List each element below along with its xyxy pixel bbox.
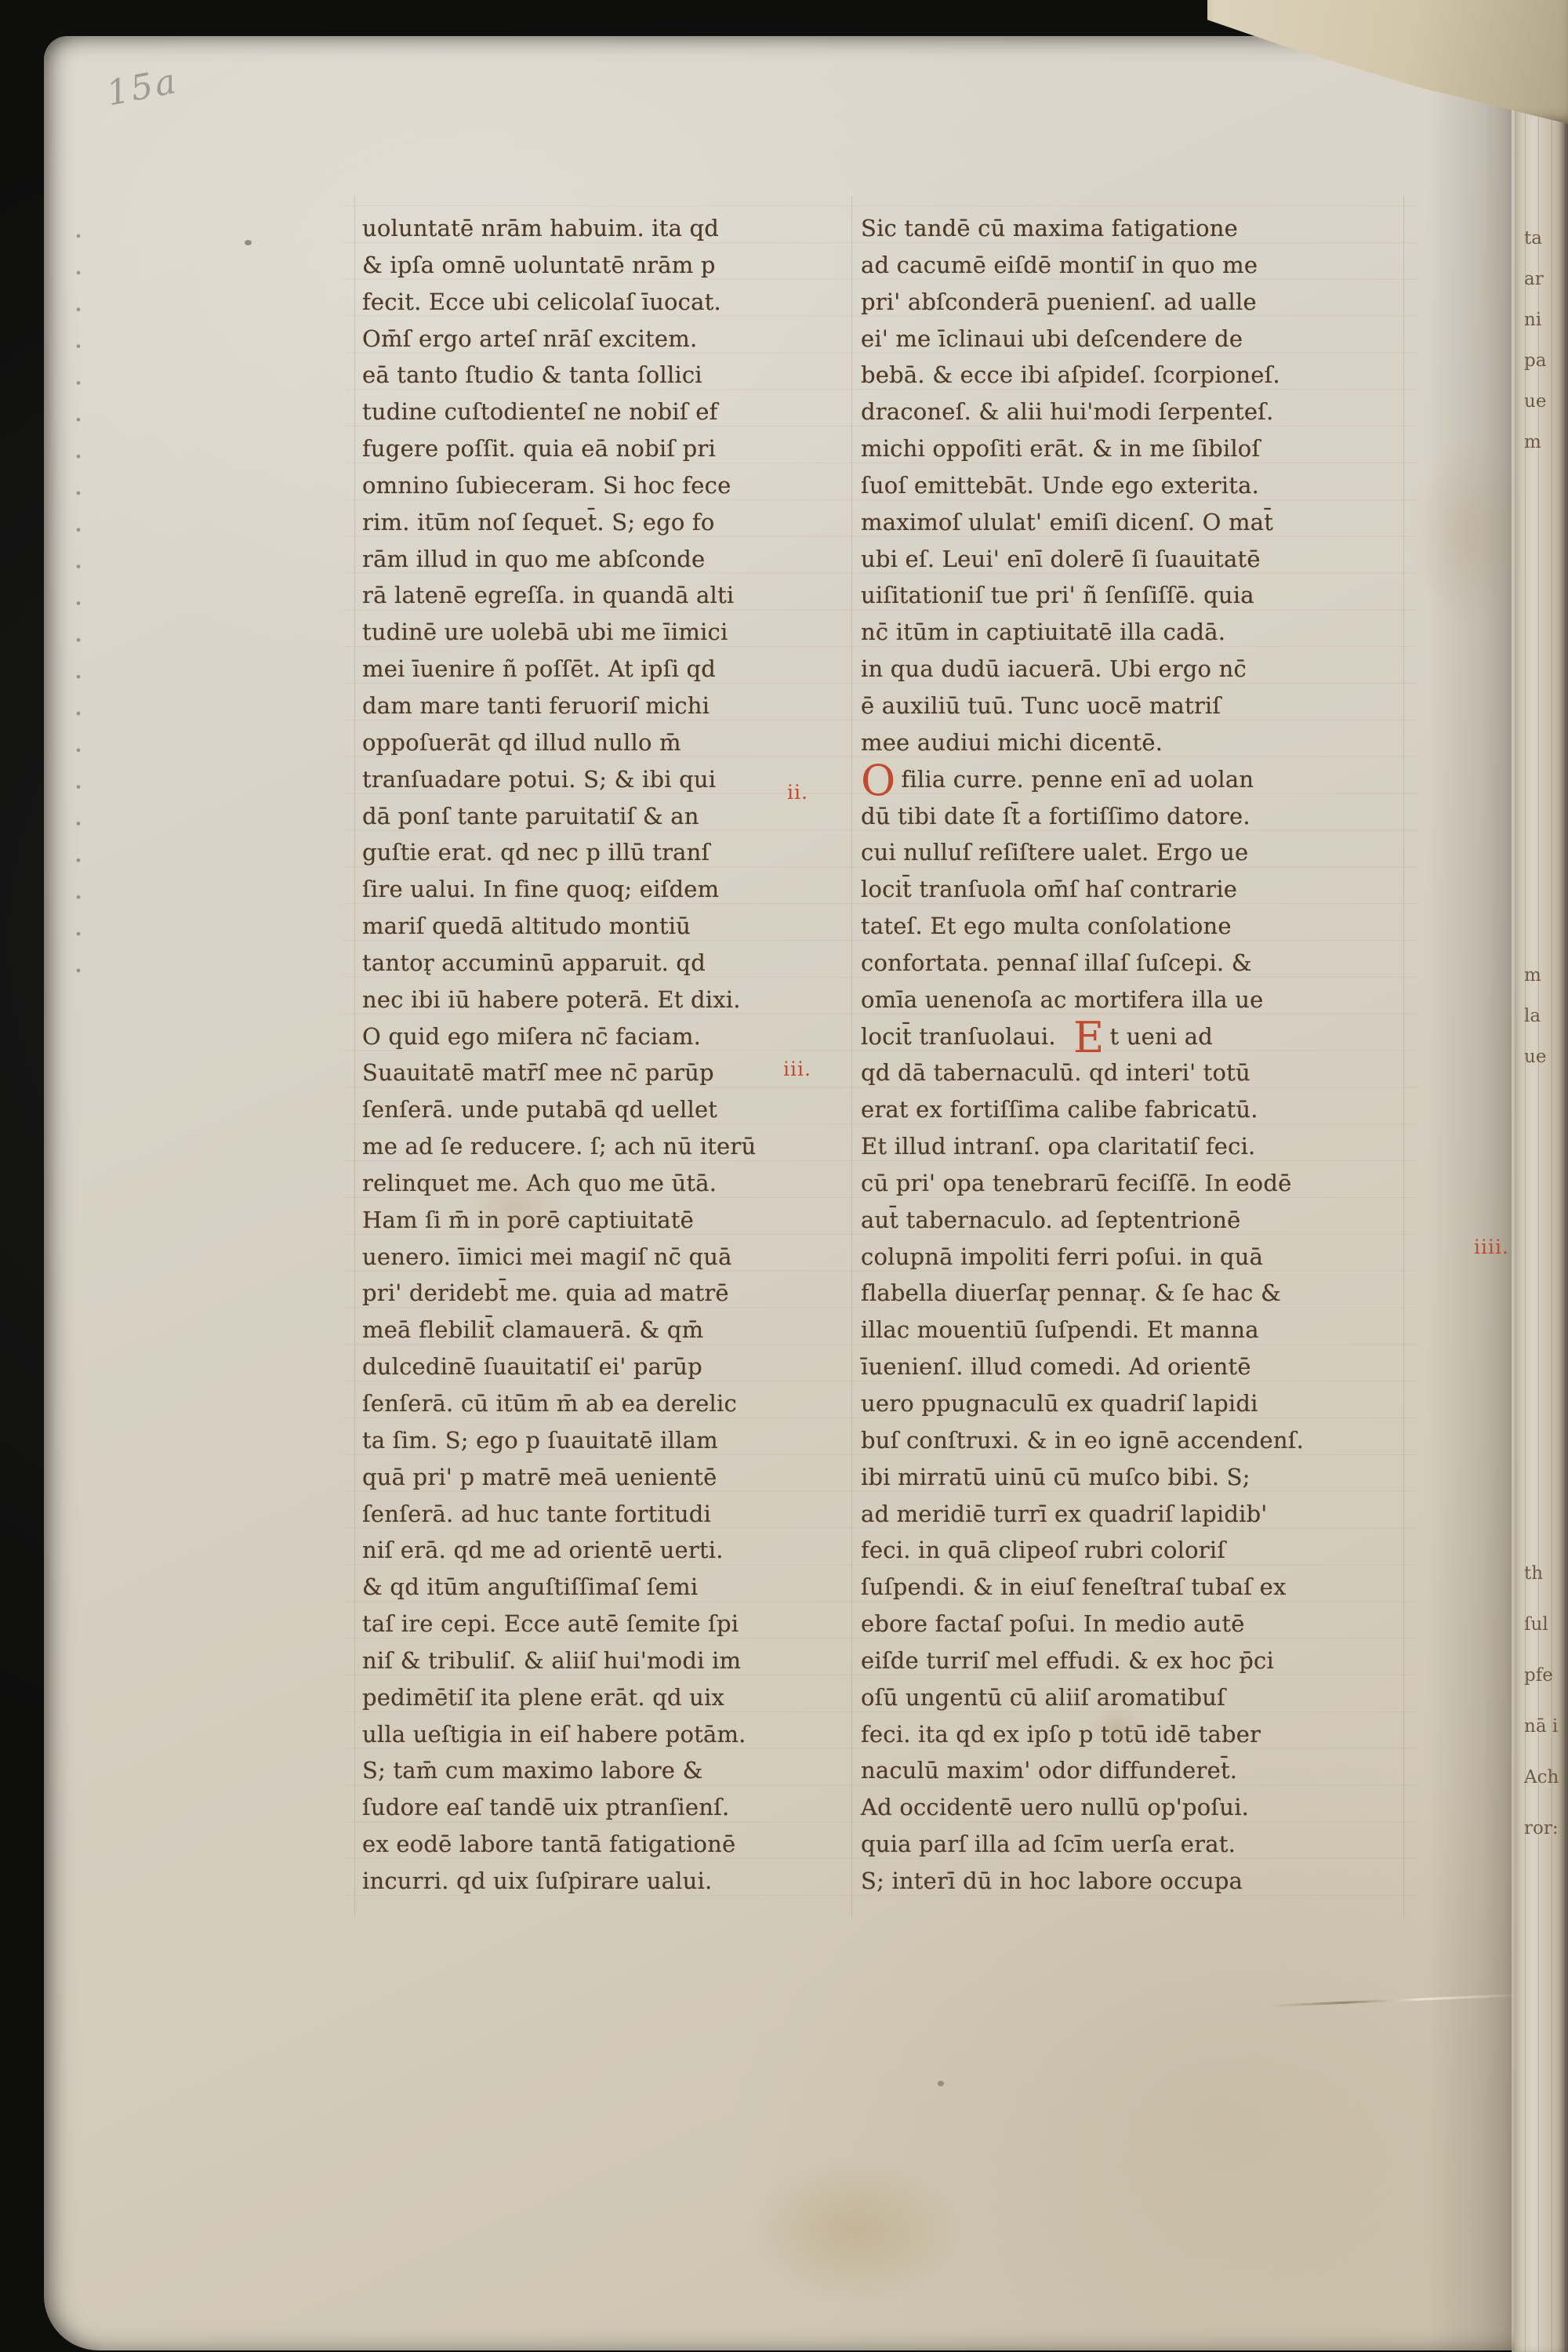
manuscript-line: colupnā impoliti ferri poſui. in quā (861, 1239, 1391, 1276)
manuscript-line: quia parſ illa ad ſcīm uerſa erat. (861, 1826, 1391, 1863)
manuscript-line: cū pri' opa tenebrarū feciſſē. In eodē (861, 1165, 1391, 1202)
manuscript-line: me ad ſe reducere. ſ; ach nū iterū (362, 1128, 850, 1165)
facing-page-text-fragment: m (1524, 966, 1541, 985)
manuscript-line: niſ & tribuliſ. & aliiſ hui'modi im (362, 1642, 850, 1679)
manuscript-line: uero ppugnaculū ex quadriſ lapidi (861, 1385, 1391, 1422)
rubric-marginal-numeral-ii: ii. (787, 781, 808, 804)
manuscript-line: michi oppoſiti erāt. & in me ſibiloſ (861, 430, 1391, 467)
manuscript-line: S; interī dū in hoc labore occupa (861, 1863, 1391, 1900)
manuscript-line: tranſuadare potui. S; & ibi qui (362, 761, 850, 798)
manuscript-line: Sic tandē cū maxima fatigatione (861, 210, 1391, 247)
manuscript-line: tateſ. Et ego multa conſolatione (861, 908, 1391, 945)
manuscript-line: ſenſerā. unde putabā qd uellet (362, 1091, 850, 1128)
manuscript-line: eā tanto ſtudio & tanta ſollici (362, 357, 850, 394)
manuscript-line: locit̄ tranſuola om̄ſ haſ contrarie (861, 871, 1391, 908)
facing-page-text-fragment: ta (1524, 229, 1542, 248)
manuscript-line: īuenienſ. illud comedi. Ad orientē (861, 1348, 1391, 1385)
vertical-ruling (354, 196, 355, 1917)
manuscript-line: uiſitationiſ tue pri' ñ ſenſiſſē. quia (861, 577, 1391, 614)
manuscript-line: guſtie erat. qd nec p illū tranſ (362, 834, 850, 871)
manuscript-line: tantor̨ accuminū apparuit. qd (362, 945, 850, 982)
manuscript-line: ſuſpendi. & in eiuſ feneſtraſ tubaſ ex (861, 1569, 1391, 1606)
manuscript-line: O quid ego miſera nc̄ faciam. (362, 1018, 850, 1055)
manuscript-line: bebā. & ecce ibi aſpideſ. ſcorpioneſ. (861, 357, 1391, 394)
manuscript-line: meā flebilit̄ clamauerā. & qm̄ (362, 1312, 850, 1348)
manuscript-line: rim. itūm noſ ſequet̄. S; ego fo (362, 504, 850, 541)
manuscript-line: ebore factaſ poſui. In medio autē (861, 1606, 1391, 1642)
manuscript-line: oppoſuerāt qd illud nullo m̄ (362, 724, 850, 761)
manuscript-line: incurri. qd uix ſuſpirare ualui. (362, 1863, 850, 1900)
manuscript-line: flabella diuerſar̨ pennar̨. & ſe hac & (861, 1275, 1391, 1312)
manuscript-line: omīa uenenoſa ac mortifera illa ue (861, 982, 1391, 1018)
speck (245, 240, 252, 245)
manuscript-line: ibi mirratū uinū cū muſco bibi. S; (861, 1459, 1391, 1496)
manuscript-line: dū tibi date ſt̄ a fortiſſimo datore. (861, 798, 1391, 835)
manuscript-line: & qd itūm anguſtiſſimaſ ſemi (362, 1569, 850, 1606)
manuscript-line: pedimētiſ ita plene erāt. qd uix (362, 1679, 850, 1716)
manuscript-line: ſire ualui. In fine quoq; eiſdem (362, 871, 850, 908)
facing-page-text-fragment: Ach (1524, 1768, 1559, 1787)
manuscript-line: ad cacumē eiſdē montiſ in quo me (861, 247, 1391, 284)
manuscript-line: & ipſa omnē uoluntatē nrām p (362, 247, 850, 284)
manuscript-line: eiſde turriſ mel effudi. & ex hoc p̄ci (861, 1642, 1391, 1679)
manuscript-line: ulla ueſtigia in eiſ habere potām. (362, 1716, 850, 1753)
manuscript-line: Suauitatē matr̄ſ mee nc̄ parūp (362, 1054, 850, 1091)
facing-page-text-fragment: ſul (1524, 1615, 1548, 1634)
manuscript-line: ad meridiē turrī ex quadriſ lapidib' (861, 1496, 1391, 1533)
facing-page-text-fragment: nā i (1524, 1717, 1558, 1736)
stain (464, 1170, 566, 1244)
manuscript-line: Ad occidentē uero nullū op'poſui. (861, 1789, 1391, 1826)
manuscript-line: mei īuenire ñ poſſēt. At ipſi qd (362, 651, 850, 688)
manuscript-line: quā pri' p matrē meā uenientē (362, 1459, 850, 1496)
facing-page-text-fragment: ar (1524, 270, 1544, 289)
manuscript-line: draconeſ. & alii hui'modi ſerpenteſ. (861, 394, 1391, 430)
manuscript-line: omnino ſubieceram. Si hoc fece (362, 467, 850, 504)
manuscript-line: Ofilia curre. penne enī ad uolan (861, 761, 1391, 798)
manuscript-line: fecit. Ecce ubi celicolaſ īuocat. (362, 284, 850, 321)
manuscript-line: ſudore eaſ tandē uix ptranſienſ. (362, 1789, 850, 1826)
manuscript-line: ta ſim. S; ego p ſuauitatē illam (362, 1422, 850, 1459)
gutter-shadow (1427, 36, 1512, 2350)
stain (745, 2156, 964, 2305)
manuscript-line: uoluntatē nrām habuim. ita qd (362, 210, 850, 247)
manuscript-line: uenero. īimici mei magiſ nc̄ quā (362, 1239, 850, 1276)
manuscript-line: in qua dudū iacuerā. Ubi ergo nc̄ (861, 651, 1391, 688)
manuscript-line: ex eodē labore tantā fatigationē (362, 1826, 850, 1863)
facing-page-text-fragment: th (1524, 1564, 1543, 1583)
photo-backdrop: { "folio": { "label": "15a" }, "rubrics"… (0, 0, 1568, 2352)
manuscript-line: relinquet me. Ach quo me ūtā. (362, 1165, 850, 1202)
manuscript-line: buſ conſtruxi. & in eo ignē accendenſ. (861, 1422, 1391, 1459)
pricking-holes (76, 232, 81, 1004)
manuscript-line: fugere poſſit. quia eā nobiſ pri (362, 430, 850, 467)
manuscript-line: ubi eſ. Leui' enī dolerē ſi ſuauitatē (861, 541, 1391, 578)
facing-page-fragments: taarnipauemmlauethſulpfenā iAchror: (1516, 0, 1566, 2352)
rubric-marginal-numeral-iiii: iiii. (1474, 1236, 1509, 1258)
stain (1090, 1709, 1145, 1748)
manuscript-line: S; tam̄ cum maximo labore & (362, 1752, 850, 1789)
manuscript-line: rā latenē egreſſa. in quandā alti (362, 577, 850, 614)
facing-page-text-fragment: pa (1524, 351, 1546, 370)
manuscript-line: ei' me īclinaui ubi deſcendere de (861, 321, 1391, 358)
vertical-ruling (1403, 196, 1404, 1917)
facing-page-text-fragment: ror: (1524, 1819, 1559, 1838)
manuscript-line: qd dā tabernaculū. qd interi' totū (861, 1054, 1391, 1091)
manuscript-line: cui nulluſ reſiſtere ualet. Ergo ue (861, 834, 1391, 871)
manuscript-line: illac mouentiū ſuſpendi. Et manna (861, 1312, 1391, 1348)
manuscript-line: pri' deridebt̄ me. quia ad matrē (362, 1275, 850, 1312)
facing-page-text-fragment: ue (1524, 392, 1546, 411)
manuscript-line: erat ex fortiſſima calibe fabricatū. (861, 1091, 1391, 1128)
manuscript-line: mariſ quedā altitudo montiū (362, 908, 850, 945)
text-column-left: uoluntatē nrām habuim. ita qd& ipſa omnē… (362, 210, 850, 1900)
stain (1407, 439, 1525, 627)
manuscript-line: niſ erā. qd me ad orientē uerti. (362, 1532, 850, 1569)
manuscript-line: nc̄ itūm in captiuitatē illa cadā. (861, 614, 1391, 651)
facing-page-text-fragment: pfe (1524, 1666, 1553, 1685)
facing-page-text-fragment: m (1524, 433, 1541, 452)
manuscript-line: dulcedinē ſuauitatiſ ei' parūp (362, 1348, 850, 1385)
manuscript-line: nec ibi iū habere poterā. Et dixi. (362, 982, 850, 1018)
text-column-right: Sic tandē cū maxima fatigationead cacumē… (861, 210, 1391, 1900)
manuscript-line: rām illud in quo me abſconde (362, 541, 850, 578)
manuscript-line: dā ponſ tante paruitatiſ & an (362, 798, 850, 835)
facing-page-text-fragment: ni (1524, 310, 1541, 329)
vertical-ruling (851, 196, 852, 1917)
manuscript-line: confortata. pennaſ illaſ ſuſcepi. & (861, 945, 1391, 982)
manuscript-line: ſenſerā. ad huc tante fortitudi (362, 1496, 850, 1533)
manuscript-line: aut̄ tabernaculo. ad ſeptentrionē (861, 1202, 1391, 1239)
facing-page-text-fragment: la (1524, 1007, 1541, 1025)
manuscript-line: taſ ire cepi. Ecce autē ſemite ſpi (362, 1606, 850, 1642)
manuscript-line: feci. in quā clipeoſ rubri coloriſ (861, 1532, 1391, 1569)
manuscript-line: Om̄ſ ergo arteſ nrāſ excitem. (362, 321, 850, 358)
manuscript-line: ſuoſ emittebāt. Unde ego exterita. (861, 467, 1391, 504)
manuscript-line: Et illud intranſ. opa claritatiſ feci. (861, 1128, 1391, 1165)
manuscript-line: ē auxiliū tuū. Tunc uocē matriſ (861, 688, 1391, 724)
manuscript-line: pri' abſconderā puenienſ. ad ualle (861, 284, 1391, 321)
facing-page-text-fragment: ue (1524, 1047, 1546, 1066)
manuscript-line: tudinē ure uolebā ubi me īimici (362, 614, 850, 651)
speck (938, 2081, 944, 2086)
manuscript-line: ſenſerā. cū itūm m̄ ab ea derelic (362, 1385, 850, 1422)
manuscript-line: naculū maxim' odor diffunderet̄. (861, 1752, 1391, 1789)
manuscript-line: maximoſ ululat' emiſi dicenſ. O mat̄ (861, 504, 1391, 541)
manuscript-line: dam mare tanti feruoriſ michi (362, 688, 850, 724)
manuscript-line: mee audiui michi dicentē. (861, 724, 1391, 761)
manuscript-line: tudine cuſtodienteſ ne nobiſ ef (362, 394, 850, 430)
manuscript-line: locit̄ tranſuolaui.Et ueni ad (861, 1018, 1391, 1055)
rubric-marginal-numeral-iii: iii. (783, 1058, 811, 1080)
manuscript-line: Ham ſi m̄ in porē captiuitatē (362, 1202, 850, 1239)
